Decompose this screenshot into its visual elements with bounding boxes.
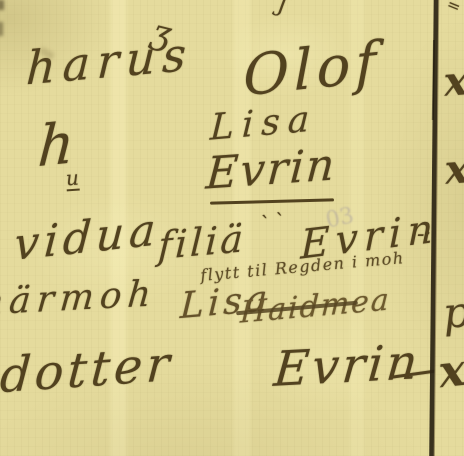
margin-cross-mark: x [444, 149, 464, 191]
stray-stroke-tail: ʃ [276, 0, 290, 16]
margin-letter: p [442, 291, 464, 335]
margin-cross-mark: x [437, 349, 464, 396]
handwritten-name-olof: Olof [243, 35, 381, 106]
trailing-ink-mark: -· [417, 224, 431, 246]
margin-mark: = [444, 0, 462, 16]
diacritic-ticks: ˋˋ [258, 210, 291, 235]
end-dash-stroke: — [385, 347, 439, 397]
handwritten-word-vidua: vidua [13, 208, 162, 268]
margin-cross-mark: x [443, 61, 464, 103]
edge-smudge [0, 22, 3, 36]
handwritten-surname-evrin: Evrin [205, 143, 338, 196]
handwritten-word-filia: filiä [157, 219, 247, 265]
manuscript-scan: 03 ʒ ʃ harus Olof h u Lisa Evrin vidua f… [0, 0, 464, 456]
handwritten-word: harus [25, 31, 194, 92]
handwritten-word-dotter: dotter [0, 340, 175, 400]
handwritten-abbreviation-superscript: u [65, 168, 79, 192]
handwritten-name-lisa: Lisa [209, 101, 318, 147]
edge-smudge [0, 0, 4, 10]
handwritten-fragment-cut-left: närmoh [0, 276, 158, 321]
underline-stroke [210, 198, 334, 204]
